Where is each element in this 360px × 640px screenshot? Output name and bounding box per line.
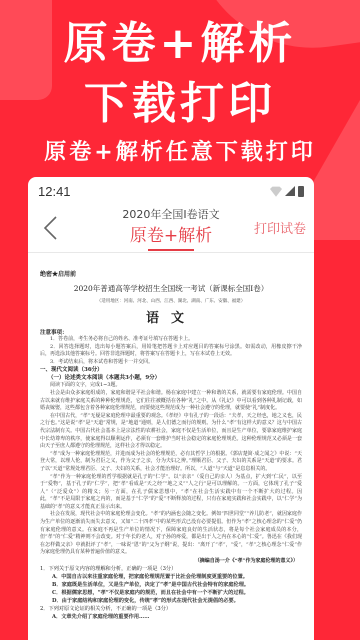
banner-headline-line1: 原卷+解析 (0, 20, 360, 68)
doc-paragraph: 在中国古代，“孝”无疑是家庭伦理中最重要的观念。《孝经》中有孔子的一段话：“夫孝… (40, 413, 302, 451)
doc-notice: 2．回答选择题时，选出每小题答案后，用铅笔把答题卡上对应题目的答案标号涂黑。如需… (40, 344, 302, 359)
doc-option: A．中国自古以来注重家庭伦理，把家庭伦理规范置于比社会伦理制度更重要的位置。 (40, 573, 302, 581)
doc-subject: 语文 (40, 307, 302, 326)
status-time: 12:41 (38, 184, 71, 199)
wifi-off-icon (270, 186, 282, 196)
phone-screen: 12:41 2020年全国I卷语文 原卷+解析 打印试卷 绝密★启用前 2020… (28, 177, 314, 640)
doc-notice: 3．考试结束后，将本试卷和答题卡一并交回。 (40, 359, 302, 367)
doc-question: 2．下列对原文论证的相关分析，不正确的一项是（3分） (40, 605, 302, 613)
tab-indicator (148, 249, 194, 251)
doc-notice-heading: 注意事项： (40, 328, 302, 336)
doc-notice: 1．答卷前，考生务必将自己的姓名、准考证号填写在答题卡上。 (40, 336, 302, 344)
doc-option: D．由于家庭结构和家庭伦理的变化，传统“孝”的形式在现代社会无提倡的必要。 (40, 597, 302, 605)
status-bar: 12:41 (28, 177, 314, 205)
doc-question: 1．下列关于原文内容的理解和分析，正确的一项是（3分） (40, 565, 302, 573)
doc-option: A．文章先介绍了家庭伦理的重要作用…… (40, 613, 302, 621)
status-icons (270, 186, 304, 197)
banner-headline-line2: 下载打印 (0, 80, 360, 128)
doc-option: B．家庭既是生活单位，又是生产单位，决定了“孝”是中国古代社会特有的家庭伦理。 (40, 581, 302, 589)
doc-paragraph: “孝”成为一种家庭伦理规范，并进而成为社会的伦理规范，必有其哲学上的根据。《郭店… (40, 451, 302, 474)
battery-icon (298, 186, 304, 197)
nav-bar: 2020年全国I卷语文 原卷+解析 打印试卷 (28, 205, 314, 253)
doc-paragraph: 社会在发展，现代社会中的家庭伦理会变化。“孝”的内涵也会随之变化。例如“四世同堂… (40, 511, 302, 557)
doc-instruction: 阅读下面的文字，完成1~3题。 (40, 382, 302, 390)
doc-paragraph: 社会是由众多家庭组成的，家庭和谐是平社会和谐。杨在家庭中建立一种和谐的关系，就需… (40, 390, 302, 413)
doc-secret-label: 绝密★启用前 (40, 269, 302, 278)
doc-paragraph: “孝”作为一种家庭伦理的哲学根据就是孔子的“仁学”。以“亲亲”（爱自己的亲人）为… (40, 474, 302, 512)
banner-tagline: 原卷+解析任意下载打印 (0, 140, 360, 166)
doc-source: （摘编自汤一介《“孝”作为家庭伦理的意义》） (40, 557, 302, 565)
doc-title: 2020年普通高等学校招生全国统一考试（新课标全国I卷） (40, 283, 302, 294)
doc-section-heading: 一、现代文阅读（36分） (40, 366, 302, 374)
doc-scope: （适用地区：河南、河北、山西、江西、湖北、湖南、广东、安徽、福建） (40, 298, 302, 304)
signal-icon (285, 186, 295, 196)
exam-document[interactable]: 绝密★启用前 2020年普通高等学校招生全国统一考试（新课标全国I卷） （适用地… (28, 253, 314, 621)
print-paper-button[interactable]: 打印试卷 (254, 218, 306, 237)
doc-option: C．根据儒家思想，“孝”不仅是家庭内的规范，而且在社会中有一个不断扩大的过程。 (40, 589, 302, 597)
